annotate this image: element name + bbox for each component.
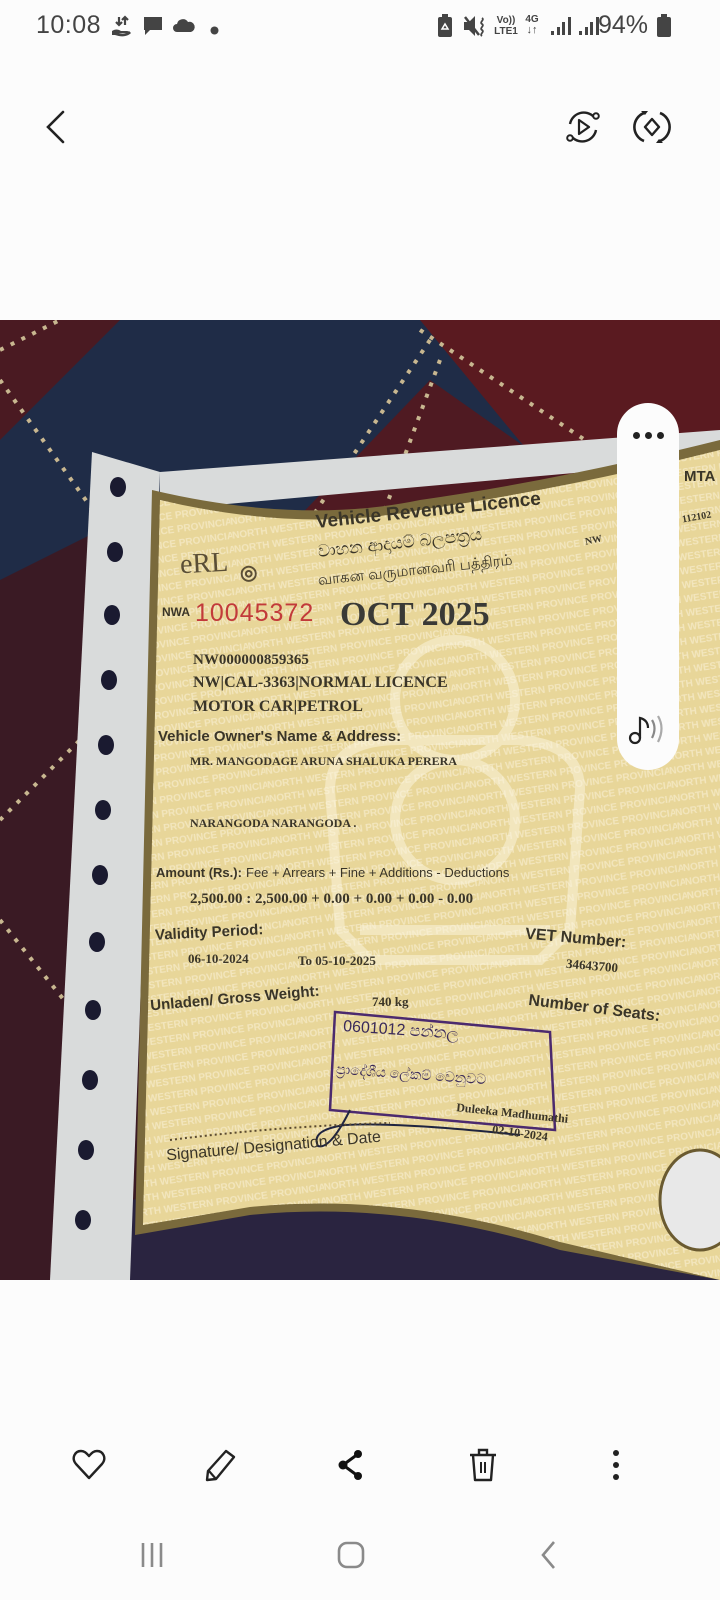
message-icon <box>142 15 164 42</box>
edge-text-nw: NW <box>584 533 603 547</box>
back-icon <box>539 1540 559 1570</box>
serial-number: 10045372 <box>195 599 314 628</box>
status-time: 10:08 <box>36 11 101 40</box>
top-app-bar <box>0 90 720 170</box>
stamp-office: ප්‍රාදේශීය ලේකම් වෙනුවට <box>336 1061 487 1088</box>
signal-icon-2 <box>578 16 600 41</box>
volte-indicator: Vo)) LTE1 <box>491 15 521 37</box>
back-nav-button[interactable] <box>524 1530 574 1580</box>
side-panel[interactable] <box>617 403 679 770</box>
music-note-sound-icon <box>628 712 668 746</box>
touch-wireless-icon: ◎ <box>240 560 257 585</box>
validity-from: 06-10-2024 <box>188 951 249 967</box>
edge-text-mta: MTA <box>684 468 715 485</box>
battery-icon <box>656 14 672 43</box>
network-type-indicator: 4G ↓↑ <box>522 14 542 36</box>
more-options-button[interactable] <box>591 1440 641 1490</box>
stamp-code: 0601012 පන්නල <box>343 1018 460 1044</box>
licence-id: NW000000859365 <box>193 652 309 669</box>
system-navigation-bar <box>0 1530 720 1590</box>
heart-icon <box>72 1449 106 1481</box>
owner-name: MR. MANGODAGE ARUNA SHALUKA PERERA <box>190 754 457 769</box>
panel-more-button[interactable] <box>617 423 679 447</box>
back-chevron-icon <box>43 109 67 145</box>
cloud-icon <box>172 16 196 39</box>
motion-photo-play-button[interactable] <box>558 102 608 152</box>
vet-label: VET Number: <box>524 926 627 953</box>
more-dot <box>645 432 652 439</box>
recents-icon <box>139 1542 167 1568</box>
signatory-name: Duleeka Madhumathi <box>456 1100 569 1127</box>
edge-text-number: 112102 <box>681 510 712 526</box>
data-arrows-icon: ↓↑ <box>527 24 538 36</box>
remaster-button[interactable] <box>627 102 677 152</box>
amount-values: 2,500.00 : 2,500.00 + 0.00 + 0.00 + 0.00… <box>190 891 473 908</box>
favorite-button[interactable] <box>64 1440 114 1490</box>
data-transfer-icon <box>110 15 134 42</box>
owner-label: Vehicle Owner's Name & Address: <box>158 728 401 745</box>
pencil-icon <box>203 1448 237 1482</box>
signature-label: Signature/ Designation & Date <box>166 1129 382 1166</box>
bottom-toolbar <box>0 1440 720 1500</box>
trash-icon <box>468 1447 498 1483</box>
validity-to: To 05-10-2025 <box>298 953 376 969</box>
battery-saver-icon <box>437 14 453 43</box>
notification-dot-icon <box>210 22 219 40</box>
amount-label: Amount (Rs.): <box>156 865 242 880</box>
play-rotate-icon <box>564 108 602 146</box>
photo-image[interactable]: NORTH WESTERN PROVINCE PROVINCIAL COUNCI… <box>0 320 720 1280</box>
status-bar: 10:08 Vo)) LTE1 4G ↓↑ <box>0 0 720 52</box>
licence-month-year: OCT 2025 <box>340 596 490 634</box>
mute-vibrate-icon <box>462 14 488 43</box>
signature-date: 02-10-2024 <box>491 1122 549 1145</box>
lte-label: LTE1 <box>494 26 518 37</box>
delete-button[interactable] <box>458 1440 508 1490</box>
serial-prefix: NWA <box>162 605 190 619</box>
volte-label: Vo)) <box>497 15 516 26</box>
weight-value: 740 kg <box>372 994 408 1010</box>
seats-label: Number of Seats: <box>527 992 661 1026</box>
owner-address: NARANGODA NARANGODA . <box>190 816 356 831</box>
audio-button[interactable] <box>627 708 669 750</box>
vehicle-type: MOTOR CAR|PETROL <box>193 698 363 716</box>
rotate-diamond-icon <box>633 108 671 146</box>
more-dot <box>657 432 664 439</box>
share-button[interactable] <box>326 1440 376 1490</box>
validity-label: Validity Period: <box>155 921 264 944</box>
battery-percent: 94% <box>598 11 648 40</box>
more-vertical-icon <box>612 1449 620 1481</box>
home-button[interactable] <box>326 1530 376 1580</box>
licence-title-en: Vehicle Revenue Licence <box>315 488 542 534</box>
home-icon <box>336 1540 366 1570</box>
gallery-photo-viewer: 10:08 Vo)) LTE1 4G ↓↑ <box>0 0 720 1600</box>
back-button[interactable] <box>30 102 80 152</box>
signal-icon <box>550 16 572 41</box>
vet-number: 34643700 <box>565 956 618 976</box>
vehicle-registration-line: NW|CAL-3363|NORMAL LICENCE <box>193 674 448 692</box>
vehicle-revenue-licence: eRL ◎ Vehicle Revenue Licence වාහන ආදායම… <box>0 320 720 1280</box>
more-horizontal-icon <box>633 432 640 439</box>
share-icon <box>336 1449 366 1481</box>
weight-label: Unladen/ Gross Weight: <box>150 983 321 1015</box>
recents-button[interactable] <box>128 1530 178 1580</box>
amount-formula: Fee + Arrears + Fine + Additions - Deduc… <box>246 865 509 880</box>
edit-button[interactable] <box>195 1440 245 1490</box>
erl-logo: eRL <box>179 547 229 581</box>
